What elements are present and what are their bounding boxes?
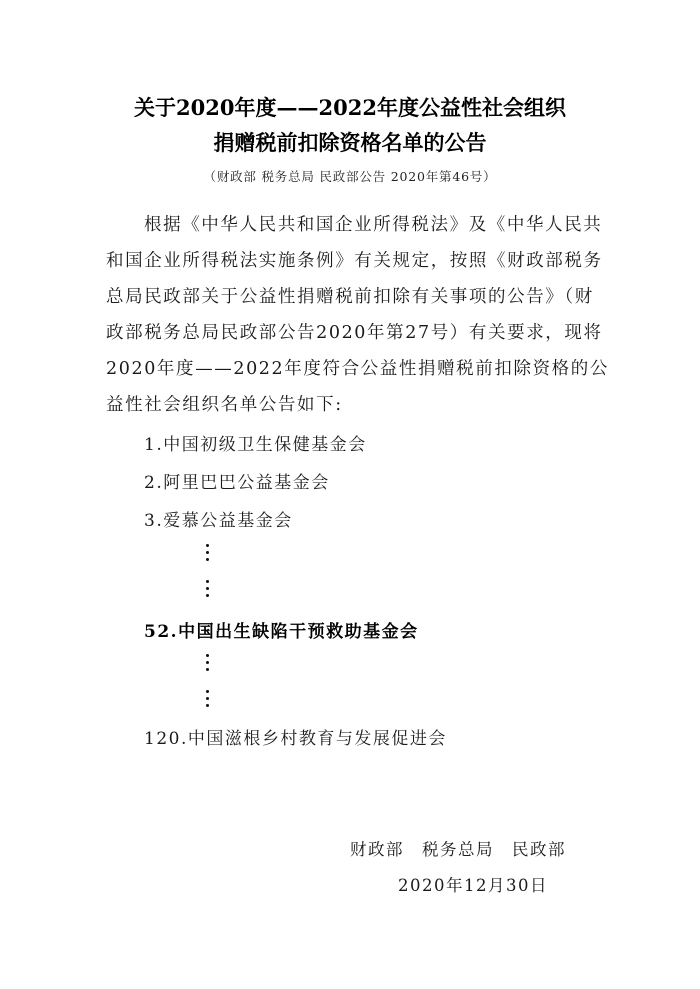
issue-date: 2020年12月30日 [398, 872, 548, 896]
issuing-authorities: 财政部 税务总局 民政部 [350, 836, 566, 860]
body-paragraph-line: 和国企业所得税法实施条例》有关规定，按照《财政部税务 [106, 250, 592, 272]
document-number: （财政部 税务总局 民政部公告 2020年第46号） [0, 167, 700, 185]
vertical-ellipsis-icon [204, 580, 212, 601]
list-item: 2.阿里巴巴公益基金会 [144, 468, 330, 493]
body-paragraph-line: 2020年度——2022年度符合公益性捐赠税前扣除资格的公 [106, 358, 592, 380]
title-line-1: 关于2020年度——2022年度公益性社会组织 [0, 92, 700, 122]
body-paragraph-line: 总局民政部关于公益性捐赠税前扣除有关事项的公告》（财 [106, 286, 592, 308]
vertical-ellipsis-icon [204, 654, 212, 675]
list-item: 3.爱慕公益基金会 [144, 506, 293, 531]
list-item-highlighted: 52.中国出生缺陷干预救助基金会 [144, 617, 419, 642]
list-item: 120.中国滋根乡村教育与发展促进会 [144, 724, 447, 749]
vertical-ellipsis-icon [204, 544, 212, 565]
body-paragraph-line: 益性社会组织名单公告如下: [106, 394, 592, 416]
body-paragraph-line: 根据《中华人民共和国企业所得税法》及《中华人民共 [144, 214, 592, 236]
body-paragraph-line: 政部税务总局民政部公告2020年第27号）有关要求，现将 [106, 322, 592, 344]
list-item: 1.中国初级卫生保健基金会 [144, 430, 367, 455]
vertical-ellipsis-icon [204, 690, 212, 711]
title-line-2: 捐赠税前扣除资格名单的公告 [0, 127, 700, 157]
